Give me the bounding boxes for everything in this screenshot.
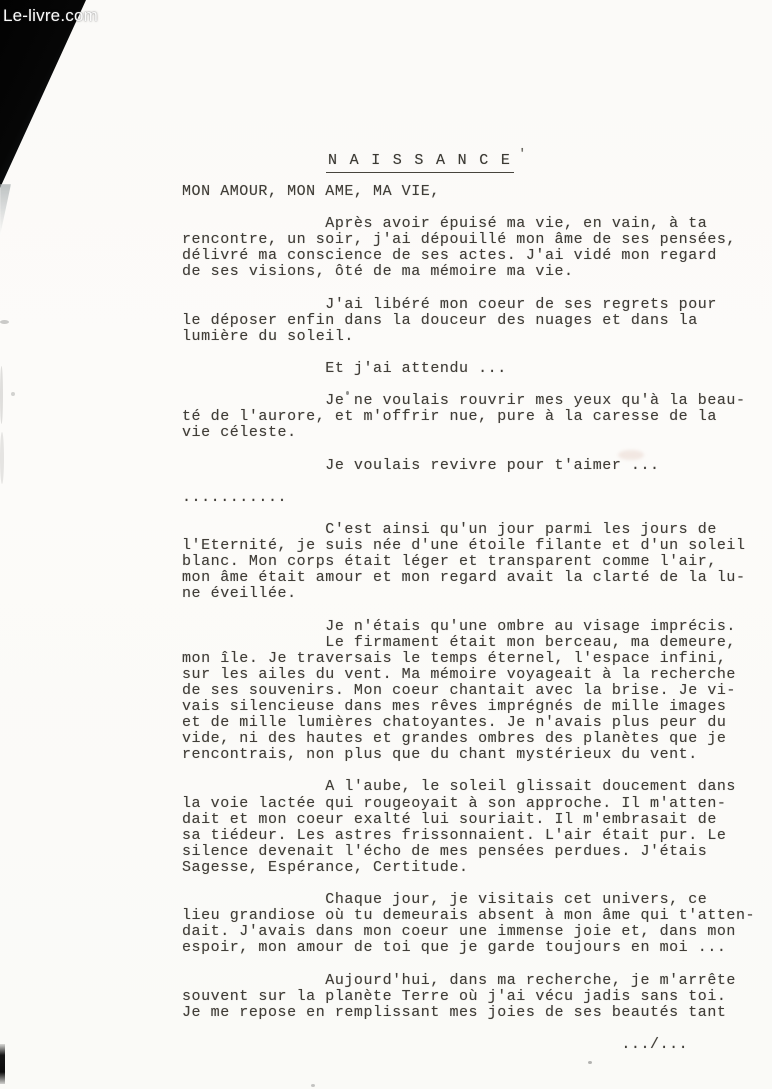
text-line (182, 442, 755, 458)
text-line: la voie lactée qui rougeoyait à son appr… (182, 796, 755, 812)
text-line (182, 602, 755, 618)
scanned-document-page: Le-livre.com N A I S S A N C E' MON AMOU… (0, 0, 772, 1089)
page-title: N A I S S A N C E (326, 152, 514, 173)
text-line: blanc. Mon corps était léger et transpar… (182, 554, 755, 570)
text-line: Chaque jour, je visitais cet univers, ce (182, 892, 755, 908)
text-line: et de mille lumières chatoyantes. Je n'a… (182, 715, 755, 731)
text-line: Je ne voulais rouvrir mes yeux qu'à la b… (182, 393, 755, 409)
text-line: ........... (182, 490, 755, 506)
text-line (182, 506, 755, 522)
text-line: dait. J'avais dans mon coeur une immense… (182, 924, 755, 940)
text-line: vie céleste. (182, 425, 755, 441)
text-line (182, 1021, 755, 1037)
text-line: souvent sur la planète Terre où j'ai véc… (182, 989, 755, 1005)
text-line: lumière du soleil. (182, 329, 755, 345)
document-title-line: N A I S S A N C E' (326, 152, 523, 169)
text-line: Je n'étais qu'une ombre au visage impréc… (182, 619, 755, 635)
text-line: Et j'ai attendu ... (182, 361, 755, 377)
text-line: .../... (182, 1037, 755, 1053)
text-line (182, 763, 755, 779)
text-line: délivré ma conscience de ses actes. J'ai… (182, 248, 755, 264)
scan-smudge (311, 1084, 315, 1087)
text-line: sa tiédeur. Les astres frissonnaient. L'… (182, 828, 755, 844)
text-line: vais silencieuse dans mes rêves imprégné… (182, 699, 755, 715)
text-line: silence devenait l'écho de mes pensées p… (182, 844, 755, 860)
text-line: Je me repose en remplissant mes joies de… (182, 1005, 755, 1021)
text-line (182, 876, 755, 892)
text-line (182, 281, 755, 297)
scan-smudge (0, 366, 3, 424)
typewritten-text-block: MON AMOUR, MON AME, MA VIE, Après avoir … (182, 184, 755, 1053)
text-line: mon âme était amour et mon regard avait … (182, 570, 755, 586)
text-line: A l'aube, le soleil glissait doucement d… (182, 779, 755, 795)
scan-smudge (346, 391, 349, 395)
text-line: le déposer enfin dans la douceur des nua… (182, 313, 755, 329)
text-line (182, 345, 755, 361)
scan-corner-shadow (0, 184, 11, 236)
scan-smudge (618, 450, 644, 460)
text-line: Après avoir épuisé ma vie, en vain, à ta (182, 216, 755, 232)
text-line: MON AMOUR, MON AME, MA VIE, (182, 184, 755, 200)
text-line: lieu grandiose où tu demeurais absent à … (182, 908, 755, 924)
text-line (182, 474, 755, 490)
text-line: J'ai libéré mon coeur de ses regrets pou… (182, 297, 755, 313)
text-line: Aujourd'hui, dans ma recherche, je m'arr… (182, 973, 755, 989)
scan-smudge (0, 432, 4, 484)
text-line: de ses souvenirs. Mon coeur chantait ave… (182, 683, 755, 699)
text-line (182, 377, 755, 393)
text-line: C'est ainsi qu'un jour parmi les jours d… (182, 522, 755, 538)
text-line (182, 200, 755, 216)
text-line: rencontre, un soir, j'ai dépouillé mon â… (182, 232, 755, 248)
text-line: rencontrais, non plus que du chant mysté… (182, 747, 755, 763)
text-line: dait et mon coeur exalté lui souriait. I… (182, 812, 755, 828)
title-stray-mark: ' (519, 147, 528, 161)
text-line: té de l'aurore, et m'offrir nue, pure à … (182, 409, 755, 425)
scan-corner-artifact (0, 0, 86, 188)
text-line: ne éveillée. (182, 586, 755, 602)
site-watermark: Le-livre.com (3, 6, 98, 26)
scan-edge-artifact (0, 1044, 5, 1084)
text-line: Le firmament était mon berceau, ma demeu… (182, 635, 755, 651)
text-line: Je voulais revivre pour t'aimer ... (182, 458, 755, 474)
scan-smudge (11, 392, 15, 396)
scan-smudge (0, 320, 9, 324)
text-line (182, 957, 755, 973)
text-line: Sagesse, Espérance, Certitude. (182, 860, 755, 876)
text-line: sur les ailes du vent. Ma mémoire voyage… (182, 667, 755, 683)
text-line: l'Eternité, je suis née d'une étoile fil… (182, 538, 755, 554)
text-line: vide, ni des hautes et grandes ombres de… (182, 731, 755, 747)
text-line: mon île. Je traversais le temps éternel,… (182, 651, 755, 667)
text-line: espoir, mon amour de toi que je garde to… (182, 940, 755, 956)
scan-smudge (588, 1061, 592, 1064)
text-line: de ses visions, ôté de ma mémoire ma vie… (182, 264, 755, 280)
